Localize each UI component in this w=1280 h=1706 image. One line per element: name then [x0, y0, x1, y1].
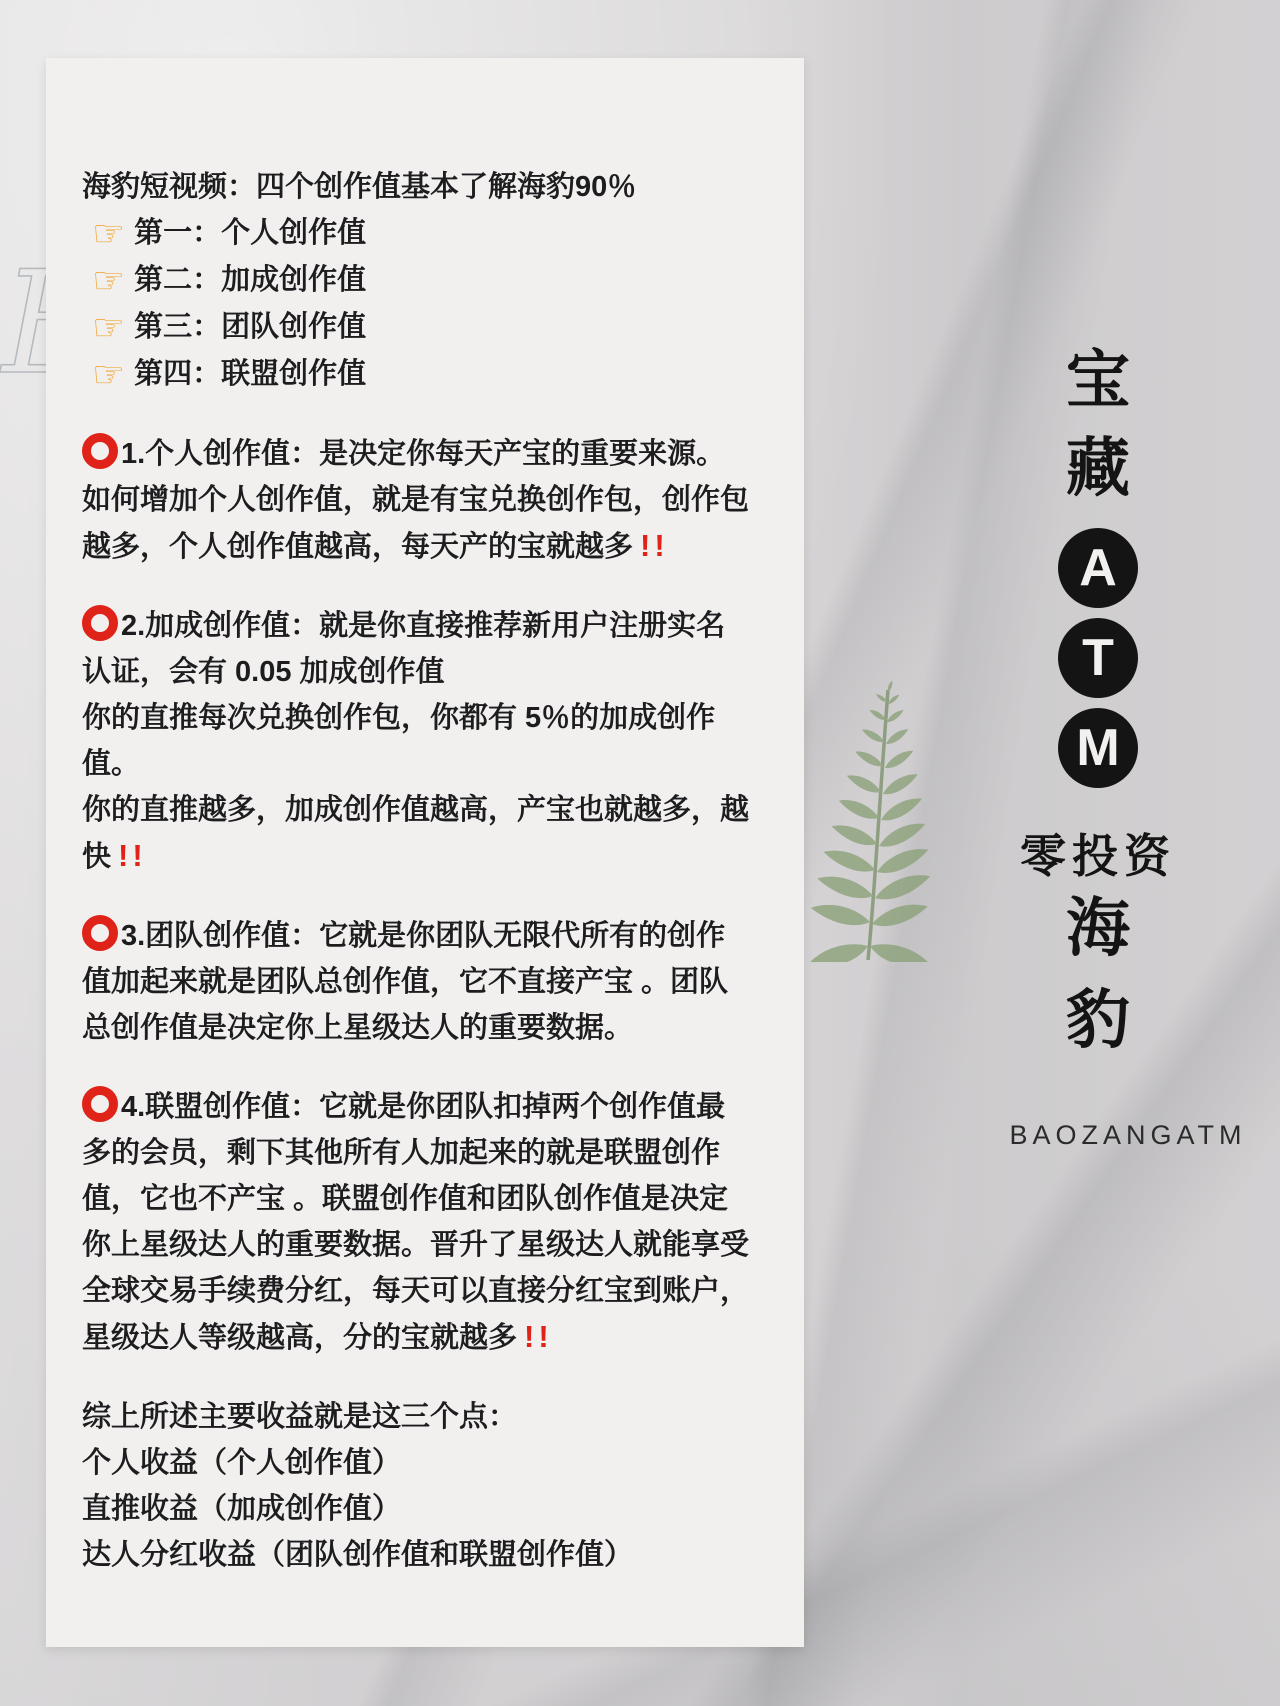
pointer-item-3: ☞第三：团队创作值	[82, 304, 764, 351]
fern-leaflets	[804, 680, 935, 962]
summary-line: 综上所述主要收益就是这三个点：	[82, 1394, 764, 1440]
red-circle-icon	[82, 915, 118, 951]
side-char-zang: 藏	[1066, 433, 1130, 503]
side-char-hai: 海	[1066, 893, 1130, 963]
atm-circle-m: M	[1058, 708, 1138, 788]
section-line: 如何增加个人创作值，就是有宝兑换创作包，创作包	[82, 477, 764, 523]
summary-line: 直推收益（加成创作值）	[82, 1486, 764, 1532]
red-circle-icon	[82, 433, 118, 469]
section-line: 全球交易手续费分红，每天可以直接分红宝到账户，	[82, 1268, 764, 1314]
atm-letter: T	[1082, 628, 1114, 688]
section-alliance-value: 4.联盟创作值：它就是你团队扣掉两个创作值最 多的会员，剩下其他所有人加起来的就…	[82, 1084, 764, 1361]
pointing-finger-icon: ☞	[92, 353, 125, 396]
pointer-label: 第二：加成创作值	[134, 264, 366, 296]
side-char-bao2: 豹	[1066, 985, 1130, 1055]
fern-leaf-illustration	[782, 662, 962, 962]
atm-circle-a: A	[1058, 528, 1138, 608]
section-boost-value: 2.加成创作值：就是你直接推荐新用户注册实名 认证，会有 0.05 加成创作值 …	[82, 603, 764, 880]
pointer-item-1: ☞第一：个人创作值	[82, 210, 764, 257]
page-title: 海豹短视频：四个创作值基本了解海豹90％	[82, 164, 764, 210]
section-line: 你的直推越多，加成创作值越高，产宝也就越多，越	[82, 787, 764, 833]
pointing-finger-icon: ☞	[92, 259, 125, 302]
double-exclamation-icon: !!	[118, 838, 147, 873]
section-line: 1.个人创作值：是决定你每天产宝的重要来源。	[121, 438, 725, 470]
section-line: 3.团队创作值：它就是你团队无限代所有的创作	[121, 920, 725, 952]
pointer-label: 第一：个人创作值	[134, 217, 366, 249]
section-line: 你上星级达人的重要数据。晋升了星级达人就能享受	[82, 1222, 764, 1268]
summary-block: 综上所述主要收益就是这三个点： 个人收益（个人创作值） 直推收益（加成创作值） …	[82, 1394, 764, 1578]
section-line: 2.加成创作值：就是你直接推荐新用户注册实名	[121, 610, 725, 642]
content-card: 海豹短视频：四个创作值基本了解海豹90％ ☞第一：个人创作值 ☞第二：加成创作值…	[46, 58, 804, 1647]
section-line: 越多，个人创作值越高，每天产的宝就越多	[82, 531, 633, 563]
atm-circle-t: T	[1058, 618, 1138, 698]
pointer-item-4: ☞第四：联盟创作值	[82, 351, 764, 398]
double-exclamation-icon: !!	[640, 528, 669, 563]
atm-letter: A	[1079, 538, 1117, 598]
section-line: 快	[82, 841, 111, 873]
card-text: 海豹短视频：四个创作值基本了解海豹90％ ☞第一：个人创作值 ☞第二：加成创作值…	[46, 58, 804, 1578]
section-line: 总创作值是决定你上星级达人的重要数据。	[82, 1005, 764, 1051]
summary-line: 个人收益（个人创作值）	[82, 1440, 764, 1486]
slogan-zero-investment: 零投资	[1020, 820, 1176, 886]
section-line: 你的直推每次兑换创作包，你都有 5％的加成创作	[82, 695, 764, 741]
section-line: 值。	[82, 741, 764, 787]
section-line: 值加起来就是团队总创作值，它不直接产宝 。团队	[82, 959, 764, 1005]
red-circle-icon	[82, 1086, 118, 1122]
section-line: 认证，会有 0.05 加成创作值	[82, 649, 764, 695]
side-char-bao: 宝	[1066, 345, 1130, 415]
pointing-finger-icon: ☞	[92, 212, 125, 255]
summary-line: 达人分红收益（团队创作值和联盟创作值）	[82, 1532, 764, 1578]
section-personal-value: 1.个人创作值：是决定你每天产宝的重要来源。 如何增加个人创作值，就是有宝兑换创…	[82, 431, 764, 570]
pointing-finger-icon: ☞	[92, 306, 125, 349]
poster: Baozang ATM 海豹短视频：四个创作值基本了解海豹90％ ☞第一：个人创…	[0, 0, 1280, 1706]
section-line: 值，它也不产宝 。联盟创作值和团队创作值是决定	[82, 1176, 764, 1222]
fern-stem	[868, 690, 888, 960]
pointer-item-2: ☞第二：加成创作值	[82, 257, 764, 304]
section-line: 星级达人等级越高，分的宝就越多	[82, 1322, 517, 1354]
section-team-value: 3.团队创作值：它就是你团队无限代所有的创作 值加起来就是团队总创作值，它不直接…	[82, 913, 764, 1051]
intro-block: 海豹短视频：四个创作值基本了解海豹90％ ☞第一：个人创作值 ☞第二：加成创作值…	[82, 164, 764, 398]
double-exclamation-icon: !!	[524, 1319, 553, 1354]
pointer-label: 第四：联盟创作值	[134, 358, 366, 390]
section-line: 4.联盟创作值：它就是你团队扣掉两个创作值最	[121, 1091, 725, 1123]
brand-wordmark: BAOZANGATM	[1009, 1120, 1246, 1151]
atm-letter: M	[1076, 718, 1119, 778]
pointer-label: 第三：团队创作值	[134, 311, 366, 343]
section-line: 多的会员，剩下其他所有人加起来的就是联盟创作	[82, 1130, 764, 1176]
red-circle-icon	[82, 605, 118, 641]
